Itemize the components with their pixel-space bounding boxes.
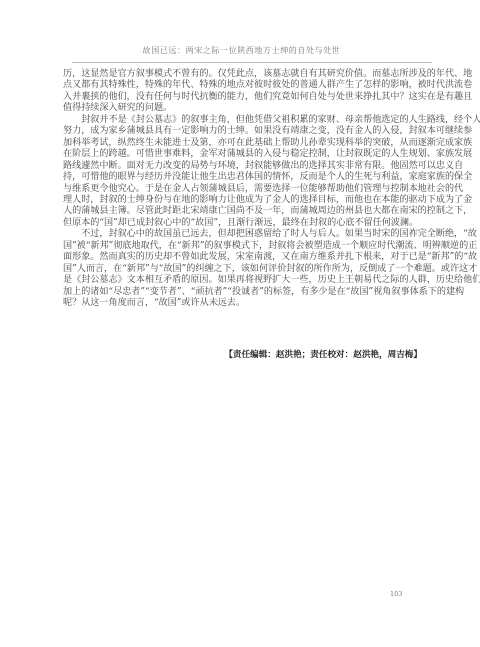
running-header: 故国已远：两宋之际一位陕西地方士绅的自处与处世 (63, 45, 420, 56)
paragraph-2: 封叙并不是《封公墓志》的叙事主角，但他凭借父祖积累的家财、母亲帮他选定的人生路线… (63, 115, 421, 230)
text-line: 国”人而言，在“新邦”与“故国”的纠缠之下，该如何评价封叙的所作所为，反倒成了一… (63, 264, 421, 275)
editor-credits: 【责任编辑：赵洪艳；责任校对：赵洪艳，周吉梅】 (224, 348, 422, 360)
text-line: 路线遽然中断。面对无力改变的局势与环境，封叙能够做出的选择其实非常有限。他固然可… (63, 161, 421, 172)
text-line: 不过，封叙心中的故国虽已远去，但却把困惑留给了时人与后人。如果当时宋的国祚完全断… (63, 229, 421, 240)
text-line: 点又都有其特殊性，特殊的年代、特殊的地点对彼时彼处的普通人群产生了怎样的影响，被… (63, 80, 421, 91)
page-number: 103 (390, 590, 402, 598)
text-line: 人的蒲城县主簿。尽管此时距北宋靖康亡国尚不及一年，而蒲城周边的州县也大都在南宋的… (63, 206, 421, 217)
text-line: 加上的诸如“尽忠者”“变节者”、“顽抗者”“投诚者”的标签，有多少是在“故国”视… (63, 287, 421, 298)
text-line: 努力，成为家乡蒲城县具有一定影响力的士绅。如果没有靖康之变，没有金人的入侵，封叙… (63, 126, 421, 137)
text-line: 历，这显然是官方叙事模式不曾有的。仅凭此点，该墓志就自有其研究价值。而墓志所涉及… (63, 69, 421, 80)
text-line: 与维系更令他究心。于是在金人占领蒲城县后，需要选择一位能够帮助他们管理与控制本地… (63, 184, 421, 195)
text-line: 面形象。然而真实的历史却不曾如此发展，宋室南渡，又在南方维系并扎下根来，对于已是… (63, 252, 421, 263)
text-line: 入并裹挟的他们，没有任何与时代抗衡的能力，他们究竟如何自处与处世来挣扎其中？这实… (63, 92, 421, 103)
article-body: 历，这显然是官方叙事模式不曾有的。仅凭此点，该墓志就自有其研究价值。而墓志所涉及… (63, 69, 421, 310)
text-line: 封叙并不是《封公墓志》的叙事主角，但他凭借父祖积累的家财、母亲帮他选定的人生路线… (63, 115, 421, 126)
text-line: 但原本的“国”却已成封叙心中的“故国”，且渐行渐远，最终在封叙的心底不留任何波澜… (63, 218, 421, 229)
text-line: 持，可惜他的眼界与经历并没能让他生出忠君体国的情怀，反而是个人的生死与利益，家庭… (63, 172, 421, 183)
paragraph-3: 不过，封叙心中的故国虽已远去，但却把困惑留给了时人与后人。如果当时宋的国祚完全断… (63, 229, 421, 309)
text-line: 在阶层上的跨越。可惜世事难料，金军对蒲城县的入侵与稳定控制，让封叙既定的人生规划… (63, 149, 421, 160)
text-line: 加科举考试，纵然终生未能进士及第，亦可在此基础上帮助儿孙辈实现科举的突破，从而逐… (63, 138, 421, 149)
paragraph-1: 历，这显然是官方叙事模式不曾有的。仅凭此点，该墓志就自有其研究价值。而墓志所涉及… (63, 69, 421, 115)
text-line: 呢？从这一角度而言，“故国”或许从未远去。 (63, 298, 421, 309)
text-line: 国”被“新邦”彻底地取代，在“新邦”的叙事模式下，封叙将会被塑造成一个顺应时代潮… (63, 241, 421, 252)
text-line: 理人时，封叙的士绅身份与在地的影响力让他成为了金人的选择目标，而他也在本能的驱动… (63, 195, 421, 206)
header-rule (72, 62, 432, 63)
text-line: 值得持续深入研究的问题。 (63, 103, 421, 114)
text-line: 是《封公墓志》文本相互矛盾的原因。如果再将视野扩大一些，历史上王朝易代之际的人群… (63, 275, 421, 286)
